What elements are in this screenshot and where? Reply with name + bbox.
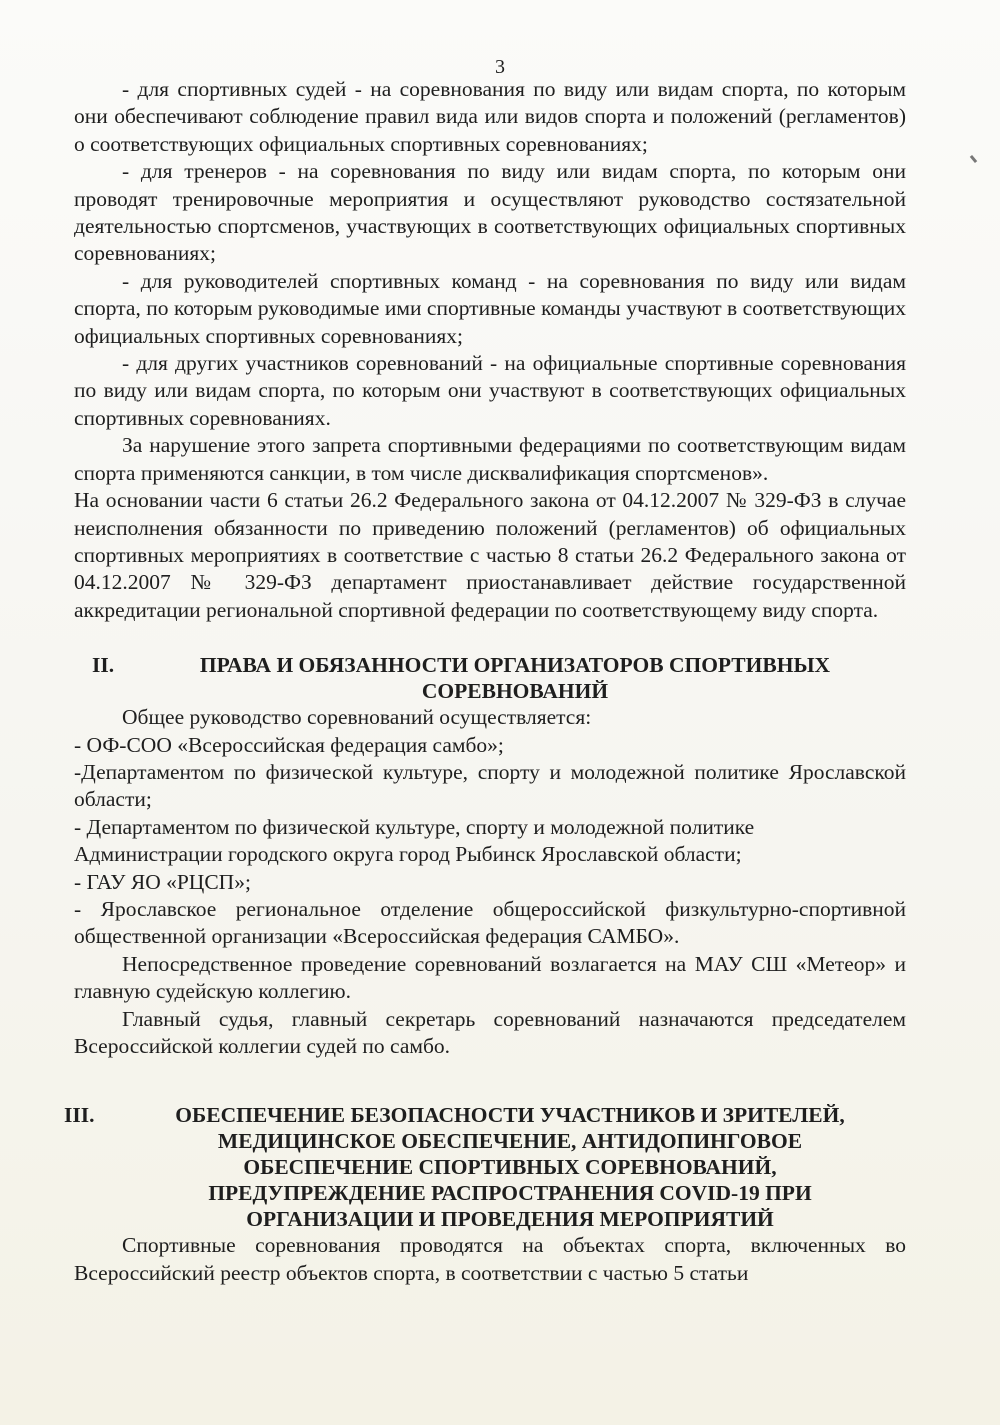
document-body: - для спортивных судей - на соревнования…: [74, 76, 906, 1287]
paragraph-other-participants: - для других участников соревнований - н…: [74, 350, 906, 432]
scan-mark: [970, 155, 977, 163]
paragraph-sport-facilities: Спортивные соревнования проводятся на об…: [74, 1232, 906, 1287]
document-page: 3 - для спортивных судей - на соревнован…: [0, 0, 1000, 1425]
section-title-line: ПРЕДУПРЕЖДЕНИЕ РАСПРОСТРАНЕНИЯ COVID-19 …: [114, 1180, 906, 1206]
list-item: - Ярославское региональное отделение общ…: [74, 896, 906, 951]
list-item: - Департаментом по физической культуре, …: [74, 814, 906, 841]
paragraph-legal-basis: На основании части 6 статьи 26.2 Федерал…: [74, 487, 906, 624]
section-title-line: ПРАВА И ОБЯЗАННОСТИ ОРГАНИЗАТОРОВ СПОРТИ…: [124, 652, 906, 678]
section-heading-2: II. ПРАВА И ОБЯЗАННОСТИ ОРГАНИЗАТОРОВ СП…: [74, 652, 906, 704]
page-number: 3: [0, 56, 1000, 78]
section-heading-3: III. ОБЕСПЕЧЕНИЕ БЕЗОПАСНОСТИ УЧАСТНИКОВ…: [74, 1102, 906, 1232]
section-title-line: МЕДИЦИНСКОЕ ОБЕСПЕЧЕНИЕ, АНТИДОПИНГОВОЕ: [114, 1128, 906, 1154]
list-item: Администрации городского округа город Ры…: [74, 841, 906, 868]
section-number: II.: [92, 652, 114, 678]
list-item: - ГАУ ЯО «РЦСП»;: [74, 869, 906, 896]
paragraph-direct-conduct: Непосредственное проведение соревнований…: [74, 951, 906, 1006]
section-title-line: ОРГАНИЗАЦИИ И ПРОВЕДЕНИЯ МЕРОПРИЯТИЙ: [114, 1206, 906, 1232]
section-number: III.: [64, 1102, 94, 1128]
paragraph-coaches: - для тренеров - на соревнования по виду…: [74, 158, 906, 268]
list-item: -Департаментом по физической культуре, с…: [74, 759, 906, 814]
section-title-line: СОРЕВНОВАНИЙ: [124, 678, 906, 704]
paragraph-judges: - для спортивных судей - на соревнования…: [74, 76, 906, 158]
list-item: - ОФ-СОО «Всероссийская федерация самбо»…: [74, 732, 906, 759]
paragraph-sanctions: За нарушение этого запрета спортивными ф…: [74, 432, 906, 487]
paragraph-chief-judge: Главный судья, главный секретарь соревно…: [74, 1006, 906, 1061]
section-title-line: ОБЕСПЕЧЕНИЕ СПОРТИВНЫХ СОРЕВНОВАНИЙ,: [114, 1154, 906, 1180]
paragraph-general-management: Общее руководство соревнований осуществл…: [74, 704, 906, 731]
section-title-line: ОБЕСПЕЧЕНИЕ БЕЗОПАСНОСТИ УЧАСТНИКОВ И ЗР…: [114, 1102, 906, 1128]
paragraph-team-leaders: - для руководителей спортивных команд - …: [74, 268, 906, 350]
